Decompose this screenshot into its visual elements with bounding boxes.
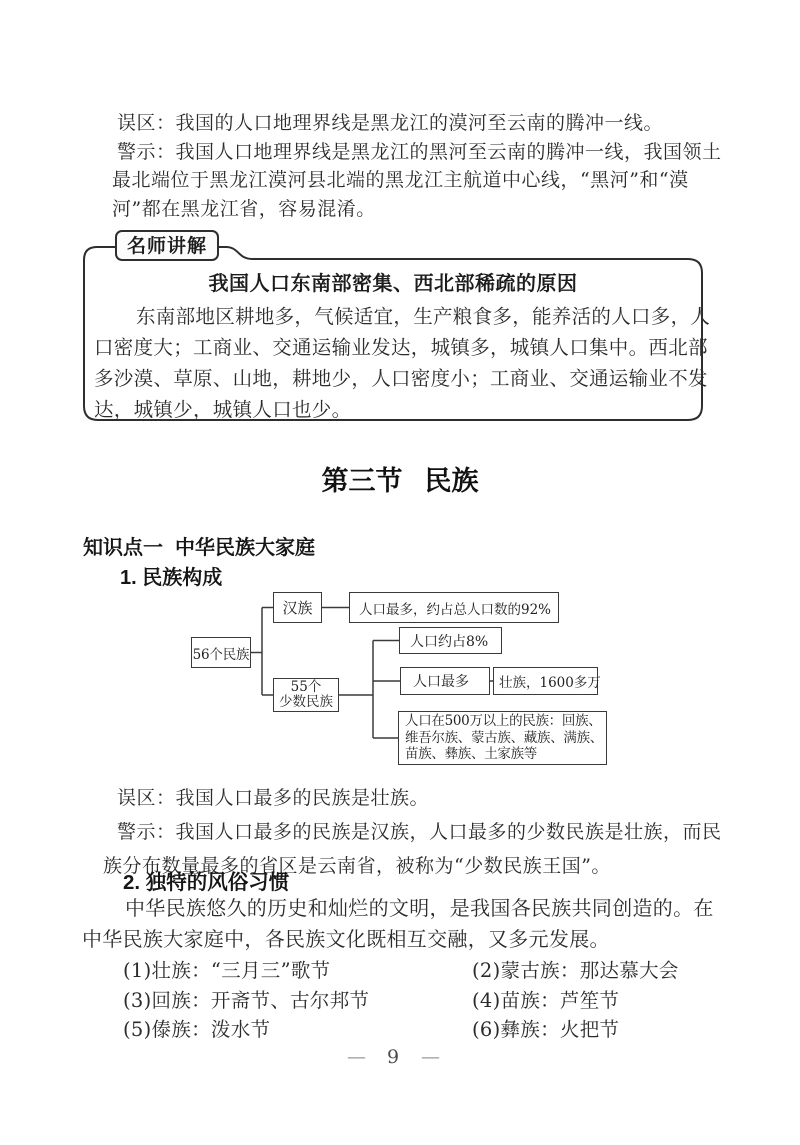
diagram-node-han: 汉族 [273, 592, 322, 623]
diagram-minorities-line2: 少数民族 [279, 695, 333, 711]
teacher-box-line: 多沙漠、草原、山地，耕地少，人口密度小；工商业、交通运输业不发 [94, 363, 694, 394]
festival-item-mongol: (2)蒙古族：那达慕大会 [472, 955, 679, 983]
festival-item-zhuang: (1)壮族：“三月三”歌节 [123, 955, 330, 983]
warning-line: 河”都在黑龙江省，容易混淆。 [112, 195, 722, 224]
customs-line: 中华民族大家庭中，各民族文化既相互交融，又多元发展。 [82, 924, 722, 955]
festival-item-yi: (6)彝族：火把节 [472, 1014, 619, 1042]
diagram-big-line: 苗族、彝族、土家族等 [405, 746, 537, 763]
diagram-big-line: 人口在500万以上的民族：回族、 [405, 713, 601, 730]
customs-paragraph: 中华民族悠久的历史和灿烂的文明，是我国各民族共同创造的。在 中华民族大家庭中，各… [82, 893, 722, 954]
section-title: 第三节民族 [0, 459, 800, 498]
subheading-ethnic-composition: 1. 民族构成 [120, 561, 222, 590]
diagram-node-55-minorities: 55个 少数民族 [273, 678, 339, 712]
festival-item-dai: (5)傣族：泼水节 [123, 1014, 270, 1042]
teacher-box-line: 达，城镇少，城镇人口也少。 [94, 394, 694, 425]
teacher-box-tab-label: 名师讲解 [116, 233, 218, 260]
knowledge-point-label: 知识点一 [83, 537, 163, 559]
warning-line: 最北端位于黑龙江漠河县北端的黑龙江主航道中心线，“黑河”和“漠 [112, 166, 722, 195]
diagram-node-56-ethnic-groups: 56个民族 [191, 637, 251, 668]
misconception-line: 误区：我国的人口地理界线是黑龙江的漠河至云南的腾冲一线。 [112, 109, 722, 138]
misconception-block-1: 误区：我国的人口地理界线是黑龙江的漠河至云南的腾冲一线。 警示：我国人口地理界线… [112, 109, 722, 223]
festival-item-miao: (4)苗族：芦笙节 [472, 985, 619, 1013]
warning-line: 警示：我国人口地理界线是黑龙江的黑河至云南的腾冲一线，我国领土 [112, 138, 722, 167]
section-label: 第三节 [322, 466, 403, 497]
knowledge-point-heading: 知识点一中华民族大家庭 [83, 531, 315, 560]
diagram-minorities-line1: 55个 [291, 680, 322, 696]
festival-item-hui: (3)回族：开斋节、古尔邦节 [123, 985, 369, 1013]
diagram-node-zhuang: 壮族，1600多万 [493, 667, 598, 695]
teacher-box-line: 东南部地区耕地多，气候适宜，生产粮食多，能养活的人口多，人 [94, 301, 694, 332]
warning-line: 警示：我国人口最多的民族是汉族，人口最多的少数民族是壮族，而民 [103, 815, 723, 849]
teacher-box-title: 我国人口东南部密集、西北部稀疏的原因 [84, 267, 702, 296]
page-number-dash-left: — [347, 1046, 365, 1068]
subheading-unique-customs: 2. 独特的风俗习惯 [123, 865, 289, 895]
page-number: —9— [0, 1046, 786, 1068]
diagram-node-8-percent: 人口约占8% [399, 627, 502, 654]
diagram-node-over-5-million: 人口在500万以上的民族：回族、 维吾尔族、蒙古族、藏族、满族、 苗族、彝族、土… [398, 711, 607, 765]
misconception-line: 误区：我国人口最多的民族是壮族。 [103, 781, 723, 815]
customs-line: 中华民族悠久的历史和灿烂的文明，是我国各民族共同创造的。在 [82, 893, 722, 924]
page-number-value: 9 [387, 1046, 399, 1068]
knowledge-point-title: 中华民族大家庭 [175, 537, 315, 559]
scanned-textbook-page: 误区：我国的人口地理界线是黑龙江的漠河至云南的腾冲一线。 警示：我国人口地理界线… [0, 0, 800, 1145]
teacher-box-body: 东南部地区耕地多，气候适宜，生产粮食多，能养活的人口多，人 口密度大；工商业、交… [94, 301, 694, 425]
section-name: 民族 [425, 466, 479, 497]
diagram-big-line: 维吾尔族、蒙古族、藏族、满族、 [405, 730, 603, 747]
teacher-box-line: 口密度大；工商业、交通运输业发达，城镇多，城镇人口集中。西北部 [94, 332, 694, 363]
diagram-node-most-populous: 人口最多 [400, 667, 490, 695]
page-number-dash-right: — [421, 1046, 439, 1068]
diagram-node-han-population-note: 人口最多，约占总人口数的92% [349, 592, 559, 623]
